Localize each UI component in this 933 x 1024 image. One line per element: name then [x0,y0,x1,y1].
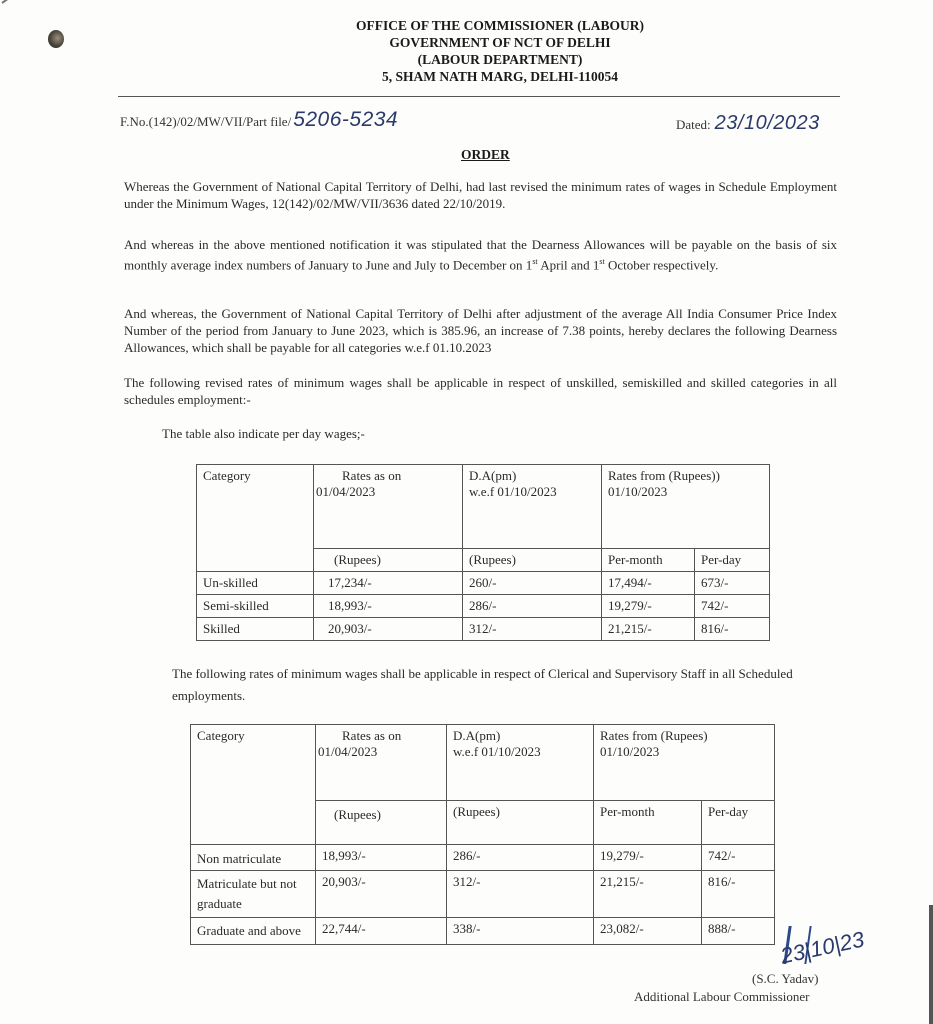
date-line: Dated:23/10/2023 [676,112,820,135]
signatory-designation: Additional Labour Commissioner [634,989,809,1005]
header-category: Category [197,465,314,572]
dated-handwritten: 23/10/2023 [715,112,820,134]
header-per-day: Per-day [702,801,775,845]
table-row: Un-skilled 17,234/- 260/- 17,494/- 673/- [197,572,770,595]
header-rupees-da: (Rupees) [447,801,594,845]
paragraph-clerical: The following rates of minimum wages sha… [172,663,822,707]
file-number-label: F.No.(142)/02/MW/VII/Part file/ [120,114,291,129]
file-number-handwritten: 5206-5234 [293,108,398,131]
header-da: D.A(pm)w.e.f 01/10/2023 [447,725,594,801]
header-divider [118,96,840,97]
order-title: ORDER [461,147,510,163]
header-rates-as-on: Rates as on01/04/2023 [314,465,463,549]
header-rupees-da: (Rupees) [463,549,602,572]
table-row: Non matriculate 18,993/- 286/- 19,279/- … [191,845,775,871]
header-rates-from: Rates from (Rupees)01/10/2023 [594,725,775,801]
header-per-month: Per-month [594,801,702,845]
page-edge-shadow [929,905,933,1024]
letterhead-address: 5, SHAM NATH MARG, DELHI-110054 [290,68,710,85]
corner-mark [1,0,20,4]
dated-label: Dated: [676,117,711,132]
wage-table-skill: Category Rates as on01/04/2023 D.A(pm)w.… [196,464,770,641]
header-rupees-old: (Rupees) [314,549,463,572]
letterhead-department: (LABOUR DEPARTMENT) [290,51,710,68]
table-row: Graduate and above 22,744/- 338/- 23,082… [191,918,775,945]
header-rupees-old: (Rupees) [316,801,447,845]
paragraph-notification: And whereas in the above mentioned notif… [124,236,837,273]
wage-table-clerical: Category Rates as on01/04/2023 D.A(pm)w.… [190,724,775,945]
header-per-day: Per-day [695,549,770,572]
punch-hole [48,30,64,48]
header-rates-as-on: Rates as on01/04/2023 [316,725,447,801]
signatory-name: (S.C. Yadav) [752,971,818,987]
paragraph-revised-rates: The following revised rates of minimum w… [124,374,837,408]
table-row: Skilled 20,903/- 312/- 21,215/- 816/- [197,618,770,641]
header-category: Category [191,725,316,845]
header-rates-from: Rates from (Rupees))01/10/2023 [602,465,770,549]
letterhead-government: GOVERNMENT OF NCT OF DELHI [290,34,710,51]
table-row: Semi-skilled 18,993/- 286/- 19,279/- 742… [197,595,770,618]
paragraph-cpi-adjustment: And whereas, the Government of National … [124,305,837,356]
header-per-month: Per-month [602,549,695,572]
file-number: F.No.(142)/02/MW/VII/Part file/5206-5234 [120,108,398,132]
letterhead-office: OFFICE OF THE COMMISSIONER (LABOUR) [290,17,710,34]
document-page: OFFICE OF THE COMMISSIONER (LABOUR) GOVE… [0,0,933,1024]
letterhead: OFFICE OF THE COMMISSIONER (LABOUR) GOVE… [290,17,710,85]
paragraph-per-day-note: The table also indicate per day wages;- [162,426,365,442]
table-row: Matriculate but not graduate 20,903/- 31… [191,871,775,918]
header-da: D.A(pm)w.e.f 01/10/2023 [463,465,602,549]
paragraph-whereas: Whereas the Government of National Capit… [124,178,837,212]
